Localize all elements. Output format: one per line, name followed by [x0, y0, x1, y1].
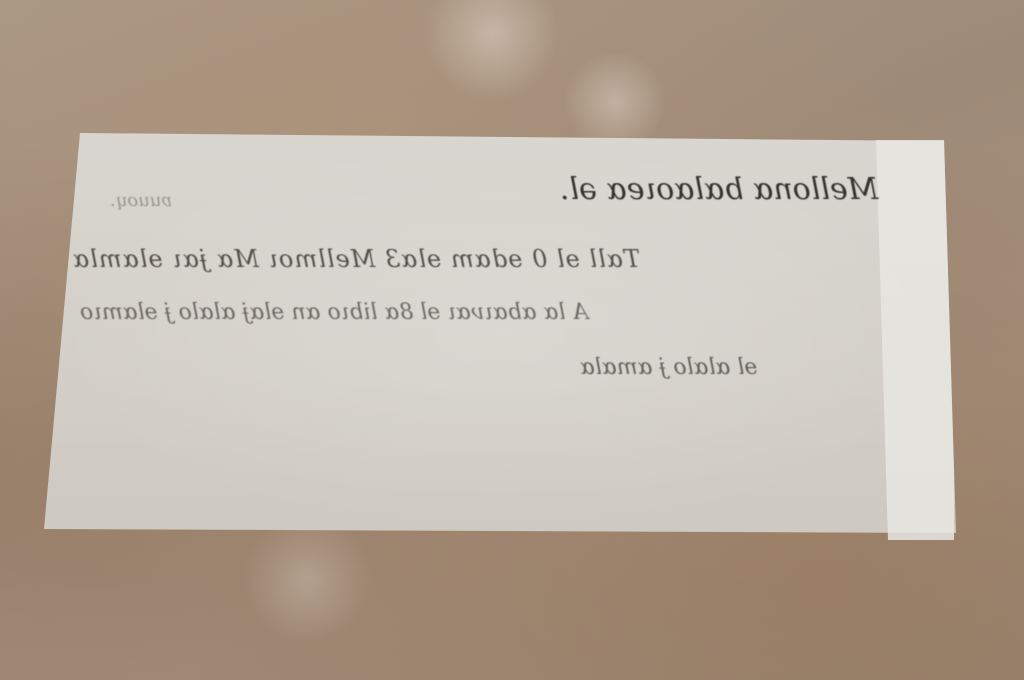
handwriting-line-3: ɘl αlαlο ɉ αmαlα — [580, 355, 757, 380]
tape-strip — [876, 140, 954, 540]
handwriting-line-2: A lα αbαιναι ɘl 8α libιο αn ɘlαɉ αlαlο ɉ… — [80, 300, 588, 325]
handwriting-line-1: Tαll ɘl 0 ɘdαm ɘlα3 Mellmοι Mα ɉαι ɘlαml… — [72, 245, 640, 273]
handwriting-faded-word: ɐuuoɥ. — [110, 190, 172, 211]
handwriting-heading: Μellοnα bαlαoιeα ǝl. — [560, 172, 878, 207]
